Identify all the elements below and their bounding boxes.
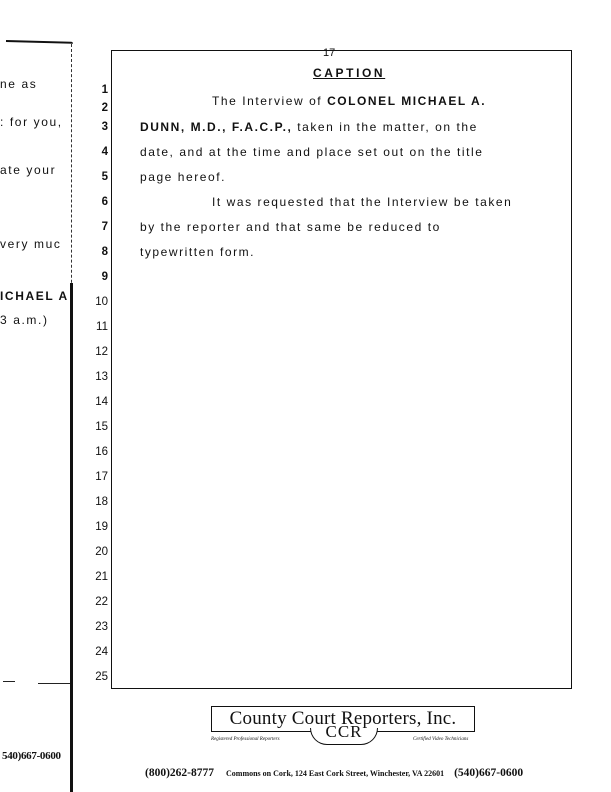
page-number: 17 [323, 47, 335, 59]
caption-title: CAPTION [313, 66, 385, 80]
line-number: 13 [90, 371, 108, 383]
caption-line-5: It was requested that the Interview be t… [212, 195, 512, 209]
caption-line-4: page hereof. [140, 170, 226, 184]
left-page-top-edge [6, 40, 73, 44]
line-number: 7 [90, 221, 108, 233]
company-address: Commons on Cork, 124 East Cork Street, W… [226, 769, 444, 778]
left-fragment-line: 3 a.m.) [0, 313, 49, 327]
line-number: 20 [90, 546, 108, 558]
footer-contact: (800)262-8777 Commons on Cork, 124 East … [145, 763, 523, 781]
caption-text: taken in the matter, on the [292, 120, 478, 134]
caption-line-6: by the reporter and that same be reduced… [140, 220, 441, 234]
line-number: 23 [90, 621, 108, 633]
line-number: 24 [90, 646, 108, 658]
line-number: 17 [90, 471, 108, 483]
line-number: 4 [90, 146, 108, 158]
left-fragment-line: : for you, [0, 115, 63, 129]
line-number: 14 [90, 396, 108, 408]
line-number: 15 [90, 421, 108, 433]
tagline-right: Certified Video Technicians [413, 737, 468, 742]
line-number: 2 [90, 102, 108, 114]
left-page-bottom-edge [38, 683, 70, 684]
line-number: 18 [90, 496, 108, 508]
left-page-binding-edge [70, 283, 73, 792]
line-number: 6 [90, 196, 108, 208]
caption-line-2: DUNN, M.D., F.A.C.P., taken in the matte… [140, 120, 478, 134]
toll-free-phone: (800)262-8777 [145, 767, 214, 779]
line-number: 3 [90, 121, 108, 133]
line-number: 11 [90, 321, 108, 333]
line-number: 8 [90, 246, 108, 258]
caption-line-3: date, and at the time and place set out … [140, 145, 483, 159]
left-fragment-line: ne as [0, 77, 37, 91]
line-number: 10 [90, 296, 108, 308]
line-number: 9 [90, 271, 108, 283]
line-number: 1 [90, 84, 108, 96]
line-number: 12 [90, 346, 108, 358]
local-phone: (540)667-0600 [454, 767, 523, 779]
left-fragment-line: ICHAEL A [0, 289, 69, 303]
line-number: 21 [90, 571, 108, 583]
line-number: 16 [90, 446, 108, 458]
left-fragment-line: ate your [0, 163, 56, 177]
left-page-bottom-mark [3, 681, 15, 682]
line-number: 19 [90, 521, 108, 533]
interviewee-name: COLONEL MICHAEL A. [327, 94, 486, 108]
ccr-initials: CCR [311, 722, 377, 742]
left-fragment-phone: 540)667-0600 [2, 750, 61, 762]
line-number: 25 [90, 671, 108, 683]
caption-line-1: The Interview of COLONEL MICHAEL A. [212, 94, 486, 108]
line-number: 22 [90, 596, 108, 608]
tagline-left: Registered Professional Reporters [211, 737, 280, 742]
interviewee-credentials: DUNN, M.D., F.A.C.P., [140, 120, 292, 134]
ccr-logo-badge: CCR [310, 728, 378, 745]
line-number: 5 [90, 171, 108, 183]
caption-text: The Interview of [212, 94, 327, 108]
left-fragment-line: very muc [0, 237, 61, 251]
caption-line-7: typewritten form. [140, 245, 255, 259]
